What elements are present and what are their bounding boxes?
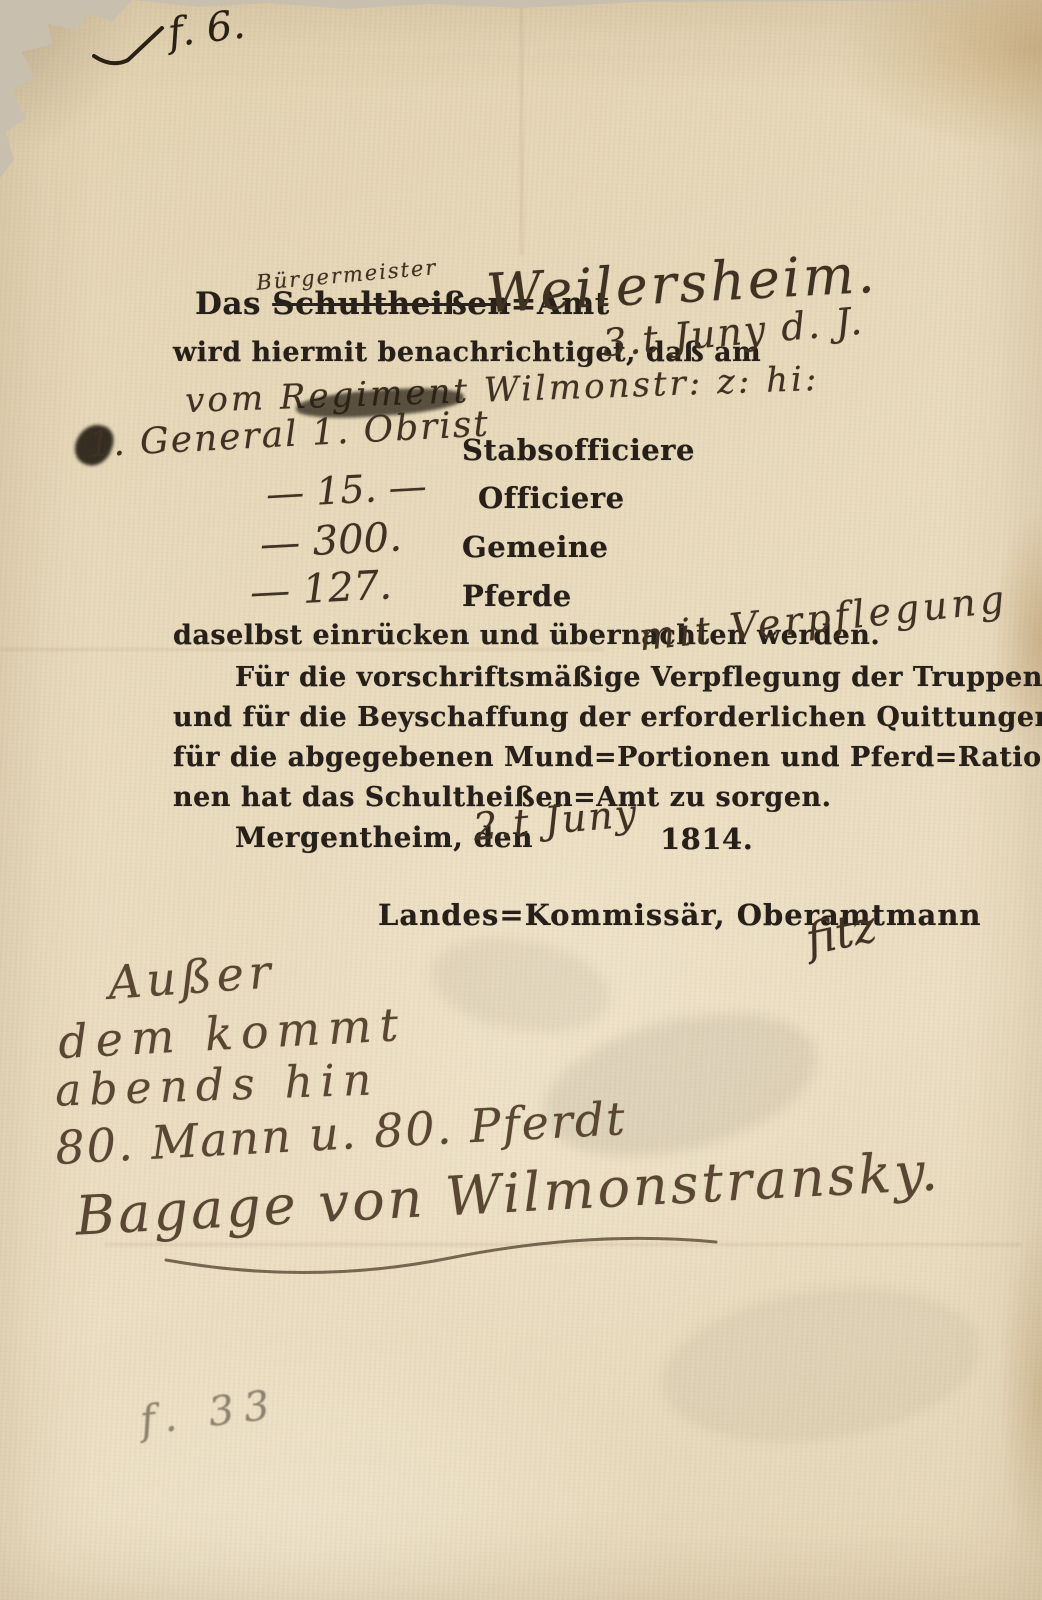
ink-showthrough-smudge (651, 1268, 989, 1461)
dateline-year: 1814. (660, 822, 753, 856)
annotation-line: Außer (106, 944, 277, 1010)
printed-paragraph-line: Für die vorschriftsmäßige Verpflegung de… (235, 662, 1042, 693)
handwritten-regiment-line: vom Regiment Wilmonstr: z: hi: (184, 359, 820, 421)
troop-count-horses: — 127. (249, 562, 393, 615)
signature-title: Landes=Kommissär, Oberamtmann (378, 898, 982, 932)
troop-label-soldiers: Gemeine (462, 530, 608, 564)
printed-paragraph-line: und für die Beyschaffung der erforderlic… (173, 702, 1042, 733)
paper-crease (520, 0, 523, 255)
troop-count-officers: — 15. — (265, 464, 428, 516)
printed-office-struck: Schultheißen (272, 286, 510, 322)
scanned-document-page: f. 6. Bürgermeister Das Schultheißen=Amt… (0, 0, 1042, 1600)
check-mark-icon (92, 22, 170, 70)
flourish-underline-icon (160, 1228, 740, 1283)
troop-label-staff: Stabsofficiere (462, 433, 695, 467)
ink-showthrough-smudge (424, 925, 617, 1045)
troop-label-horses: Pferde (462, 579, 572, 613)
troop-label-officers: Officiere (478, 481, 625, 515)
printed-paragraph-line: für die abgegebenen Mund=Portionen und P… (173, 742, 1042, 773)
troop-count-soldiers: — 300. (259, 514, 403, 567)
folio-number-bottom-pencil: f. 33 (138, 1382, 282, 1445)
paper-sheet: f. 6. Bürgermeister Das Schultheißen=Amt… (0, 0, 1042, 1600)
printed-das: Das (195, 286, 261, 322)
folio-number-top: f. 6. (165, 1, 247, 56)
